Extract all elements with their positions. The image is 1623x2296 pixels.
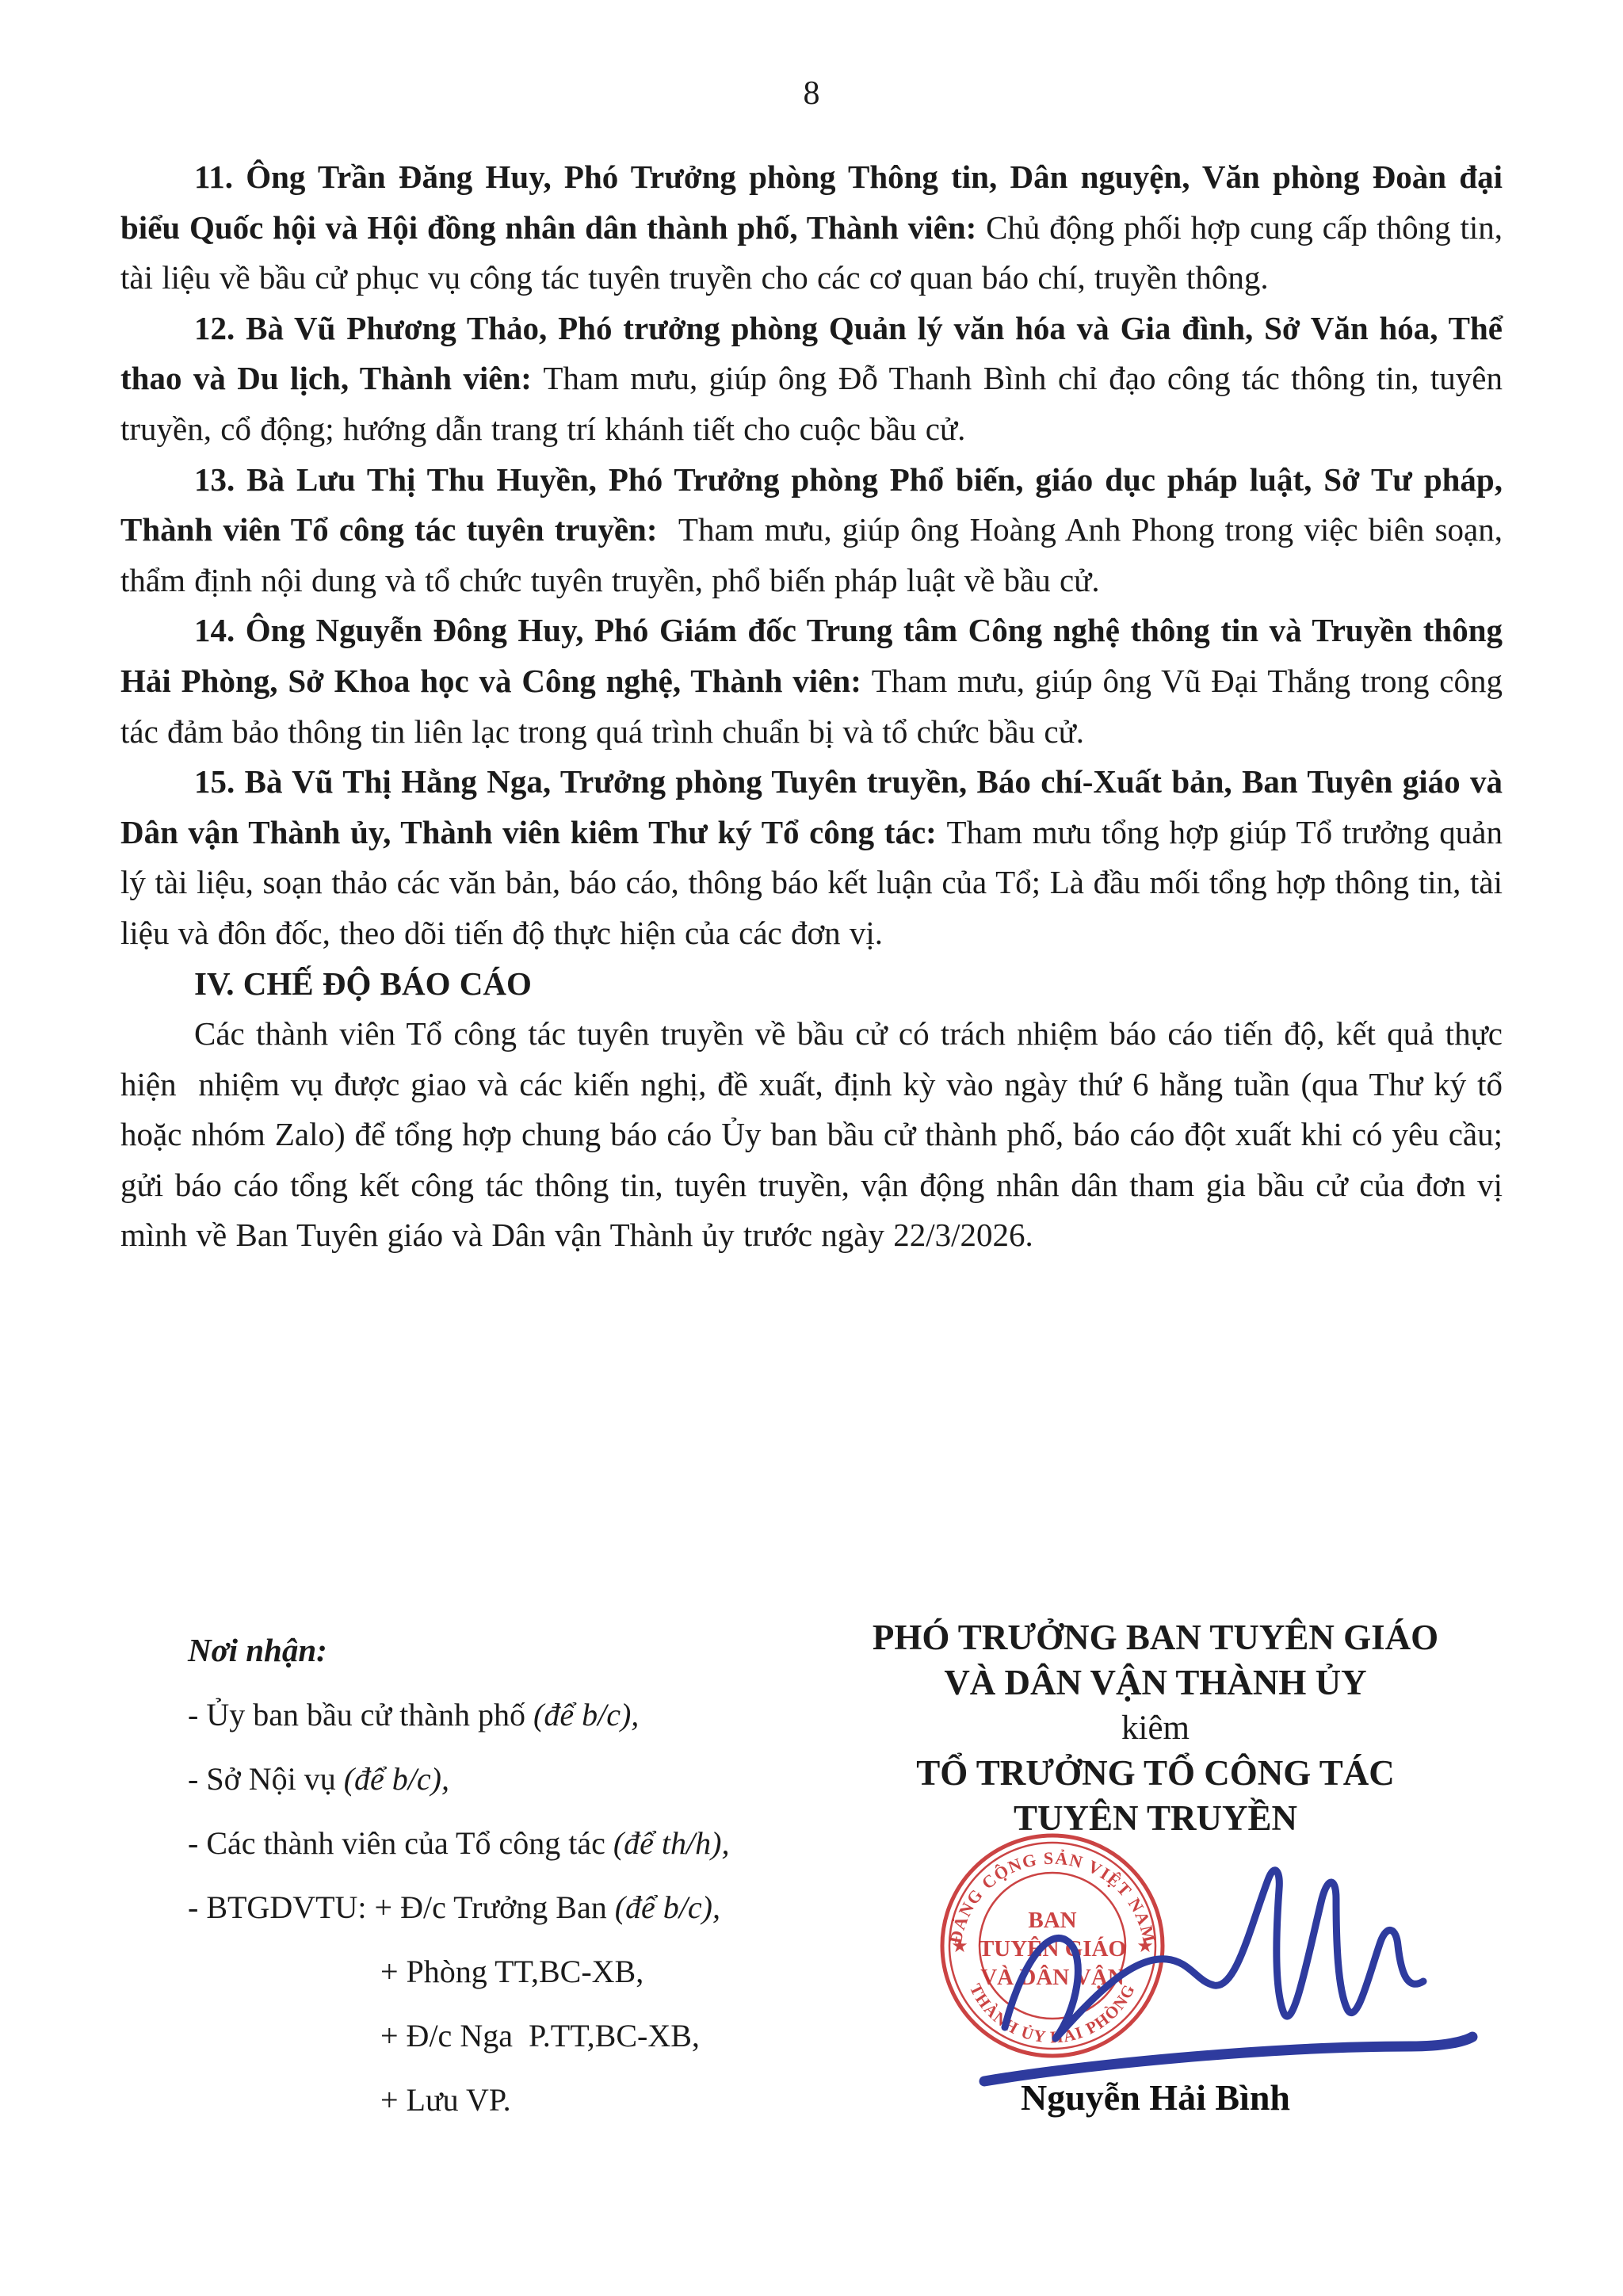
document-body: 11. Ông Trần Đăng Huy, Phó Trưởng phòng …: [120, 152, 1503, 1261]
recipient-item: + Đ/c Nga P.TT,BC-XB,: [188, 2004, 790, 2068]
paragraph-member-14: 14. Ông Nguyễn Đông Huy, Phó Giám đốc Tr…: [120, 606, 1503, 757]
recipient-item: + Phòng TT,BC-XB,: [188, 1939, 790, 2004]
section-heading: IV. CHẾ ĐỘ BÁO CÁO: [120, 959, 1503, 1010]
signer-title-line: PHÓ TRƯỞNG BAN TUYÊN GIÁO: [792, 1615, 1518, 1660]
signer-title-line: kiêm: [792, 1706, 1518, 1751]
recipients-label: Nơi nhận:: [188, 1618, 790, 1683]
recipient-item: + Lưu VP.: [188, 2068, 790, 2132]
recipient-item: - Các thành viên của Tổ công tác (để th/…: [188, 1811, 790, 1875]
recipient-item: - Sở Nội vụ (để b/c),: [188, 1747, 790, 1811]
signer-title-block: PHÓ TRƯỞNG BAN TUYÊN GIÁO VÀ DÂN VẬN THÀ…: [792, 1615, 1518, 1841]
recipients-block: Nơi nhận: - Ủy ban bầu cử thành phố (để …: [188, 1618, 790, 2132]
paragraph-member-12: 12. Bà Vũ Phương Thảo, Phó trưởng phòng …: [120, 304, 1503, 455]
recipient-item: - BTGDVTU: + Đ/c Trưởng Ban (để b/c),: [188, 1875, 790, 1939]
paragraph-member-15: 15. Bà Vũ Thị Hằng Nga, Trưởng phòng Tuy…: [120, 757, 1503, 958]
report-paragraph: Các thành viên Tổ công tác tuyên truyền …: [120, 1009, 1503, 1261]
recipient-item: - Ủy ban bầu cử thành phố (để b/c),: [188, 1683, 790, 1747]
handwritten-signature: [935, 1823, 1506, 2092]
signer-title-line: VÀ DÂN VẬN THÀNH ỦY: [792, 1660, 1518, 1706]
paragraph-member-11: 11. Ông Trần Đăng Huy, Phó Trưởng phòng …: [120, 152, 1503, 304]
document-page: 8 11. Ông Trần Đăng Huy, Phó Trưởng phòn…: [0, 0, 1623, 2296]
signer-title-line: TỔ TRƯỞNG TỔ CÔNG TÁC: [792, 1751, 1518, 1796]
signer-name: Nguyễn Hải Bình: [792, 2076, 1518, 2118]
paragraph-member-13: 13. Bà Lưu Thị Thu Huyền, Phó Trưởng phò…: [120, 455, 1503, 606]
page-number: 8: [0, 74, 1623, 113]
